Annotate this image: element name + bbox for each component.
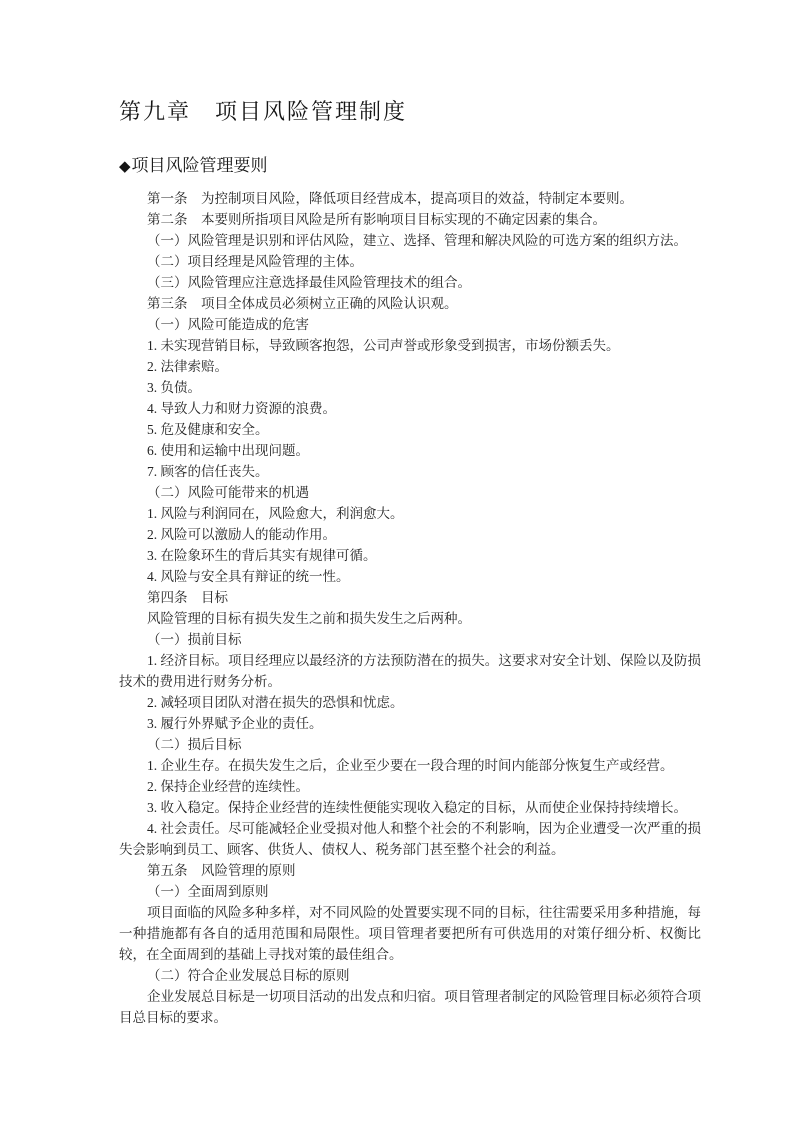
paragraph: （二）损后目标 bbox=[119, 734, 701, 755]
paragraph: （二）风险可能带来的机遇 bbox=[119, 482, 701, 503]
paragraph: 6. 使用和运输中出现问题。 bbox=[119, 440, 701, 461]
paragraph: 1. 未实现营销目标，导致顾客抱怨，公司声誉或形象受到损害，市场份额丢失。 bbox=[119, 335, 701, 356]
document-page: 第九章 项目风险管理制度 ◆项目风险管理要则 第一条 为控制项目风险，降低项目经… bbox=[0, 0, 793, 1122]
document-body: 第一条 为控制项目风险，降低项目经营成本，提高项目的效益，特制定本要则。第二条 … bbox=[119, 188, 701, 1028]
paragraph: （二）项目经理是风险管理的主体。 bbox=[119, 251, 701, 272]
diamond-bullet-icon: ◆ bbox=[119, 159, 131, 175]
paragraph: 2. 保持企业经营的连续性。 bbox=[119, 776, 701, 797]
paragraph: 2. 减轻项目团队对潜在损失的恐惧和忧虑。 bbox=[119, 692, 701, 713]
document-content: 第九章 项目风险管理制度 ◆项目风险管理要则 第一条 为控制项目风险，降低项目经… bbox=[119, 0, 701, 1028]
paragraph: 4. 社会责任。尽可能减轻企业受损对他人和整个社会的不利影响，因为企业遭受一次严… bbox=[119, 818, 701, 860]
paragraph: 2. 法律索赔。 bbox=[119, 356, 701, 377]
paragraph: 4. 导致人力和财力资源的浪费。 bbox=[119, 398, 701, 419]
paragraph: 5. 危及健康和安全。 bbox=[119, 419, 701, 440]
paragraph: 2. 风险可以激励人的能动作用。 bbox=[119, 524, 701, 545]
paragraph: 第三条 项目全体成员必须树立正确的风险认识观。 bbox=[119, 293, 701, 314]
paragraph: （一）全面周到原则 bbox=[119, 881, 701, 902]
section-heading-label: 项目风险管理要则 bbox=[132, 156, 268, 175]
paragraph: 项目面临的风险多种多样，对不同风险的处置要实现不同的目标，往往需要采用多种措施，… bbox=[119, 902, 701, 965]
paragraph: 第二条 本要则所指项目风险是所有影响项目目标实现的不确定因素的集合。 bbox=[119, 209, 701, 230]
paragraph: （一）风险可能造成的危害 bbox=[119, 314, 701, 335]
paragraph: 4. 风险与安全具有辩证的统一性。 bbox=[119, 566, 701, 587]
paragraph: 3. 履行外界赋予企业的责任。 bbox=[119, 713, 701, 734]
paragraph: 第四条 目标 bbox=[119, 587, 701, 608]
paragraph: （一）风险管理是识别和评估风险，建立、选择、管理和解决风险的可选方案的组织方法。 bbox=[119, 230, 701, 251]
paragraph: 3. 收入稳定。保持企业经营的连续性便能实现收入稳定的目标，从而使企业保持持续增… bbox=[119, 797, 701, 818]
paragraph: （一）损前目标 bbox=[119, 629, 701, 650]
paragraph: （三）风险管理应注意选择最佳风险管理技术的组合。 bbox=[119, 272, 701, 293]
paragraph: 1. 风险与利润同在，风险愈大，利润愈大。 bbox=[119, 503, 701, 524]
section-heading: ◆项目风险管理要则 bbox=[119, 154, 701, 179]
paragraph: 7. 顾客的信任丧失。 bbox=[119, 461, 701, 482]
paragraph: 风险管理的目标有损失发生之前和损失发生之后两种。 bbox=[119, 608, 701, 629]
paragraph: （二）符合企业发展总目标的原则 bbox=[119, 965, 701, 986]
paragraph: 3. 负债。 bbox=[119, 377, 701, 398]
chapter-title: 第九章 项目风险管理制度 bbox=[119, 0, 701, 128]
paragraph: 第一条 为控制项目风险，降低项目经营成本，提高项目的效益，特制定本要则。 bbox=[119, 188, 701, 209]
paragraph: 1. 企业生存。在损失发生之后，企业至少要在一段合理的时间内能部分恢复生产或经营… bbox=[119, 755, 701, 776]
paragraph: 企业发展总目标是一切项目活动的出发点和归宿。项目管理者制定的风险管理目标必须符合… bbox=[119, 986, 701, 1028]
paragraph: 第五条 风险管理的原则 bbox=[119, 860, 701, 881]
paragraph: 1. 经济目标。项目经理应以最经济的方法预防潜在的损失。这要求对安全计划、保险以… bbox=[119, 650, 701, 692]
paragraph: 3. 在险象环生的背后其实有规律可循。 bbox=[119, 545, 701, 566]
